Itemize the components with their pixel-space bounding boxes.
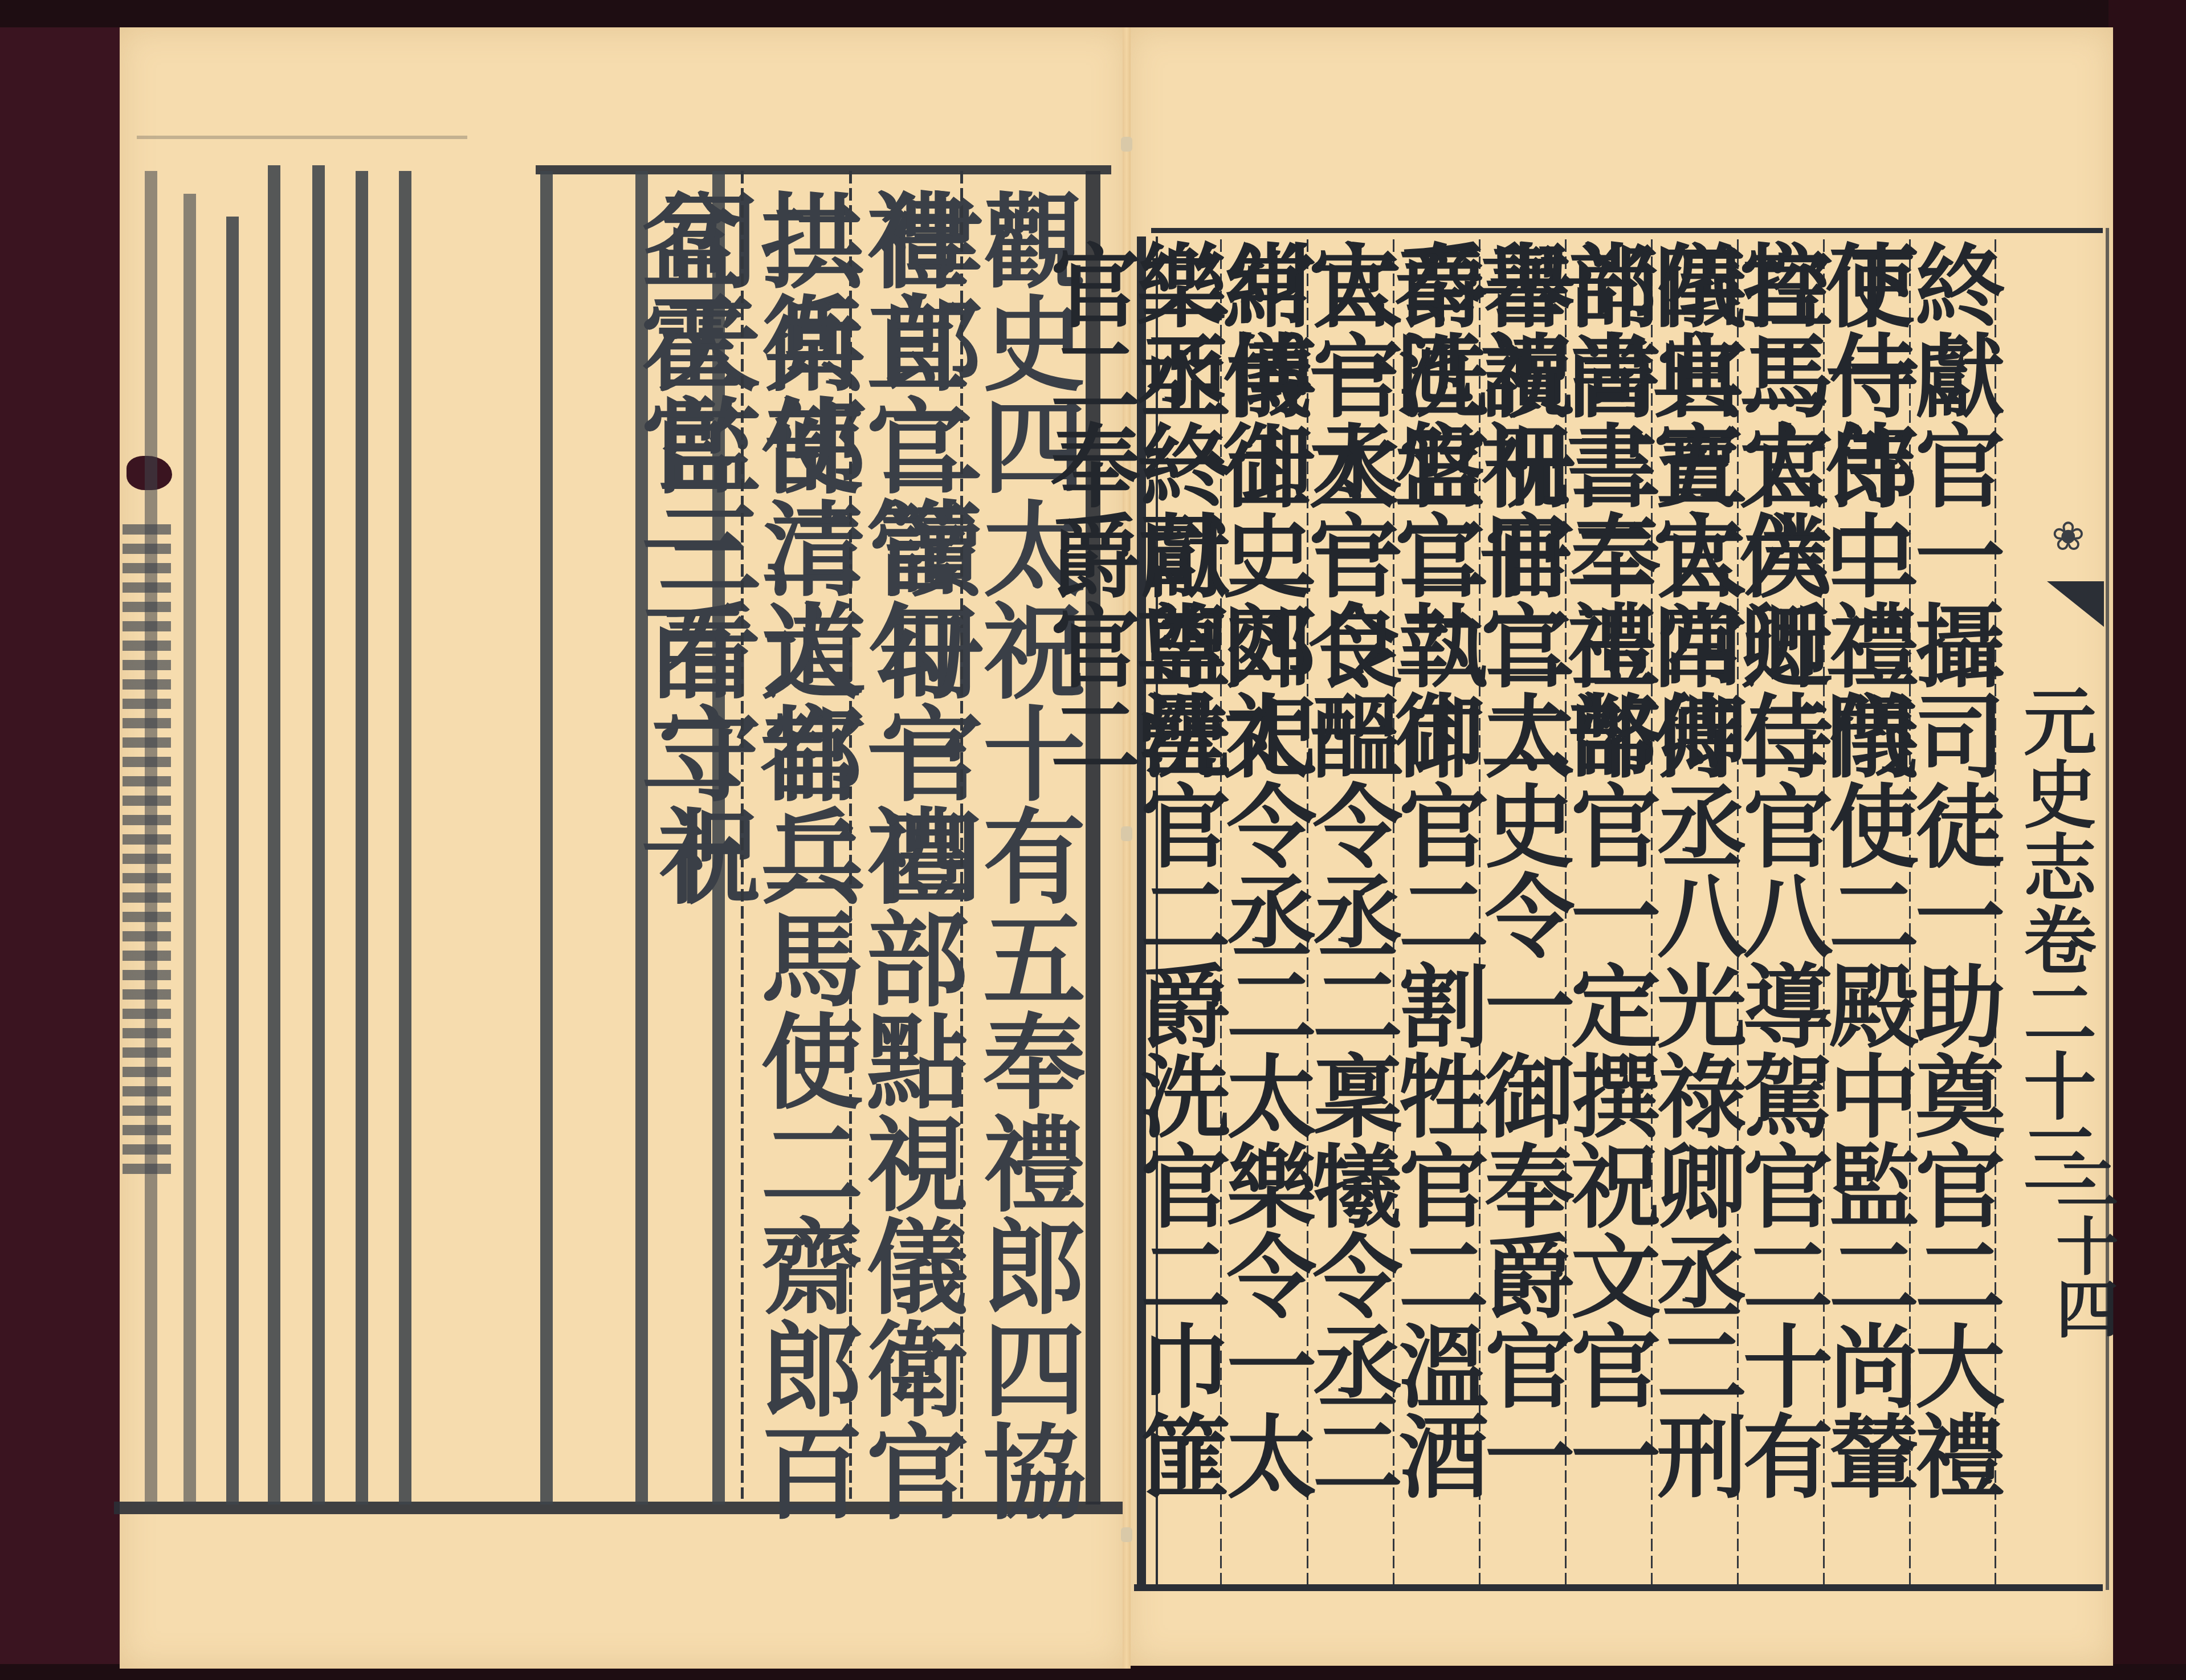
column-rule — [268, 165, 280, 1504]
left-column-4: 盆霍官一百二十 — [638, 188, 735, 1527]
page-number: 二十四 — [2037, 1151, 2127, 1339]
column-rule — [540, 171, 553, 1504]
right-column-10: 二亞終獻盥洗官二爵洗官二巾篚官二奉爵官二 — [1126, 239, 1223, 1550]
left-column-2: 禮直官管勾一禮部點視儀衛官二兵部清道官二 — [858, 188, 960, 1527]
column-rule — [145, 171, 157, 1504]
column-rule — [183, 194, 196, 1504]
binding-thread — [1121, 137, 1132, 152]
right-frame-right — [2106, 228, 2109, 1590]
column-rule — [226, 217, 239, 1504]
faint-top-line — [137, 136, 467, 139]
background-top — [0, 0, 2186, 27]
background-right — [2108, 0, 2186, 1680]
column-rule — [399, 171, 411, 1504]
column-rule — [312, 165, 325, 1504]
left-frame-top — [536, 165, 1111, 174]
column-rule — [356, 171, 368, 1504]
right-frame-top — [1151, 228, 2103, 233]
fishtail-ornament-icon — [2047, 581, 2104, 627]
left-column-3: 拱衛使二大都兵馬使二齋郎百司天監三看守祝 — [752, 188, 855, 1527]
margin-title: 元史志卷二十三 — [2017, 684, 2090, 1194]
ornament-flower-icon: ❀ — [2052, 513, 2085, 560]
right-frame-bottom — [1134, 1584, 2103, 1591]
